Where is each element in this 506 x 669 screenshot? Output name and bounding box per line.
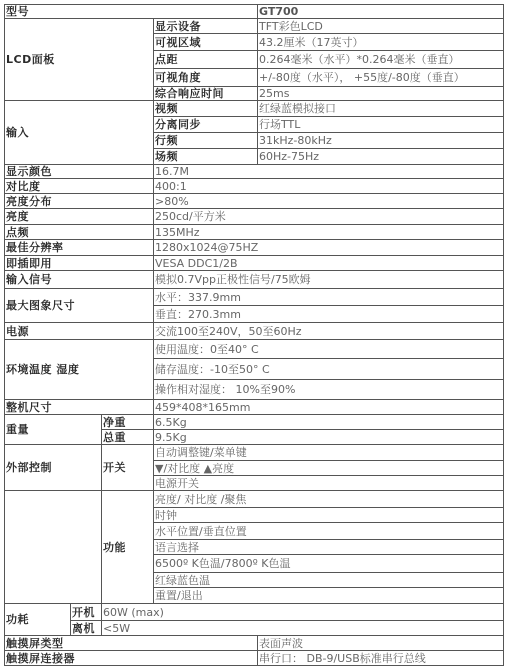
input-row: 输入 视频 红绿蓝模拟接口 (5, 101, 504, 117)
weight-item-label: 净重 (102, 415, 154, 430)
spec-label: 对比度 (5, 179, 154, 194)
dimensions-label: 整机尺寸 (5, 400, 154, 415)
spec-row: 显示颜色 16.7M (5, 165, 504, 179)
power-consumption-row: 离机 <5W (5, 621, 504, 636)
spec-label: 最佳分辨率 (5, 240, 154, 256)
power-source-label: 电源 (5, 323, 154, 340)
lcd-item-label: 综合响应时间 (154, 87, 258, 101)
weight-item-value: 6.5Kg (154, 415, 504, 430)
lcd-item-value: TFT彩色LCD (258, 19, 504, 34)
model-row: 型号 GT700 (5, 5, 504, 19)
power-mode-label: 离机 (71, 621, 102, 636)
spec-label: 亮度 (5, 209, 154, 225)
weight-label: 重量 (5, 415, 102, 445)
spec-label: 点频 (5, 225, 154, 240)
weight-row: 重量 净重 6.5Kg (5, 415, 504, 430)
spec-row: 最佳分辨率 1280x1024@75HZ (5, 240, 504, 256)
input-item-label: 分离同步 (154, 117, 258, 133)
switch-value: ▼/对比度 ▲亮度 (154, 461, 504, 476)
lcd-item-label: 可视角度 (154, 69, 258, 87)
spec-row: 对比度 400:1 (5, 179, 504, 194)
function-value: 红绿蓝色温 (154, 573, 504, 588)
function-row: 功能 亮度/ 对比度 /聚焦 (5, 491, 504, 508)
spec-label: 输入信号 (5, 271, 154, 289)
touch-type-label: 触摸屏类型 (5, 636, 258, 651)
function-value: 重置/退出 (154, 588, 504, 604)
external-control-label: 外部控制 (5, 445, 102, 491)
environment-value: 储存温度：-10至50° C (154, 359, 504, 380)
input-item-label: 场频 (154, 149, 258, 165)
switch-value: 电源开关 (154, 476, 504, 491)
spec-value: >80% (154, 194, 504, 209)
environment-row: 环境温度 湿度 使用温度：0至40° C (5, 340, 504, 359)
spec-value: 250cd/平方米 (154, 209, 504, 225)
input-item-value: 31kHz-80kHz (258, 133, 504, 149)
function-value: 语言选择 (154, 540, 504, 555)
power-mode-label: 开机 (71, 604, 102, 621)
model-label: 型号 (5, 5, 258, 19)
environment-value: 使用温度：0至40° C (154, 340, 504, 359)
spec-value: 16.7M (154, 165, 504, 179)
lcd-item-label: 可视区域 (154, 34, 258, 51)
function-label: 功能 (102, 491, 154, 604)
spec-label: 显示颜色 (5, 165, 154, 179)
spec-row: 输入信号 模拟0.7Vpp正极性信号/75欧姆 (5, 271, 504, 289)
max-image-value: 垂直：270.3mm (154, 306, 504, 323)
function-value: 时钟 (154, 508, 504, 523)
power-source-value: 交流100至240V，50至60Hz (154, 323, 504, 340)
spec-value: 1280x1024@75HZ (154, 240, 504, 256)
lcd-item-value: +/-80度（水平）， +55度/-80度（垂直） (258, 69, 504, 87)
power-mode-value: <5W (102, 621, 504, 636)
input-item-value: 60Hz-75Hz (258, 149, 504, 165)
power-mode-value: 60W (max) (102, 604, 504, 621)
max-image-row: 最大图象尺寸 水平：337.9mm (5, 289, 504, 306)
spec-label: 即插即用 (5, 256, 154, 271)
lcd-item-label: 显示设备 (154, 19, 258, 34)
model-value: GT700 (258, 5, 504, 19)
spec-row: 即插即用 VESA DDC1/2B (5, 256, 504, 271)
weight-item-value: 9.5Kg (154, 430, 504, 445)
max-image-value: 水平：337.9mm (154, 289, 504, 306)
touch-connector-label: 触摸屏连接器 (5, 651, 258, 666)
environment-value: 操作相对湿度： 10%至90% (154, 380, 504, 400)
touch-connector-value: 串行口： DB-9/USB标准串行总线 (258, 651, 504, 666)
spec-value: 模拟0.7Vpp正极性信号/75欧姆 (154, 271, 504, 289)
lcd-item-value: 0.264毫米（水平）*0.264毫米（垂直） (258, 51, 504, 69)
function-value: 水平位置/垂直位置 (154, 523, 504, 540)
spec-label: 亮度分布 (5, 194, 154, 209)
spec-row: 亮度 250cd/平方米 (5, 209, 504, 225)
touch-type-row: 触摸屏类型 表面声波 (5, 636, 504, 651)
spec-value: 135MHz (154, 225, 504, 240)
touch-connector-row: 触摸屏连接器 串行口： DB-9/USB标准串行总线 (5, 651, 504, 666)
input-item-label: 视频 (154, 101, 258, 117)
weight-item-label: 总重 (102, 430, 154, 445)
switch-value: 自动调整键/菜单键 (154, 445, 504, 461)
function-spacer (5, 491, 102, 604)
max-image-label: 最大图象尺寸 (5, 289, 154, 323)
lcd-item-value: 25ms (258, 87, 504, 101)
spec-row: 亮度分布 >80% (5, 194, 504, 209)
switch-label: 开关 (102, 445, 154, 491)
input-item-value: 红绿蓝模拟接口 (258, 101, 504, 117)
lcd-item-value: 43.2厘米（17英寸） (258, 34, 504, 51)
input-item-label: 行频 (154, 133, 258, 149)
dimensions-row: 整机尺寸 459*408*165mm (5, 400, 504, 415)
spec-value: 400:1 (154, 179, 504, 194)
spec-table: 型号 GT700 LCD面板 显示设备 TFT彩色LCD 可视区域 43.2厘米… (4, 4, 504, 666)
power-consumption-row: 功耗 开机 60W (max) (5, 604, 504, 621)
power-consumption-label: 功耗 (5, 604, 71, 636)
dimensions-value: 459*408*165mm (154, 400, 504, 415)
spec-row: 点频 135MHz (5, 225, 504, 240)
external-control-row: 外部控制 开关 自动调整键/菜单键 (5, 445, 504, 461)
power-source-row: 电源 交流100至240V，50至60Hz (5, 323, 504, 340)
lcd-row: LCD面板 显示设备 TFT彩色LCD (5, 19, 504, 34)
function-value: 6500º K色温/7800º K色温 (154, 555, 504, 573)
input-item-value: 行场TTL (258, 117, 504, 133)
lcd-item-label: 点距 (154, 51, 258, 69)
function-value: 亮度/ 对比度 /聚焦 (154, 491, 504, 508)
lcd-panel-label: LCD面板 (5, 19, 154, 101)
input-label: 输入 (5, 101, 154, 165)
spec-value: VESA DDC1/2B (154, 256, 504, 271)
touch-type-value: 表面声波 (258, 636, 504, 651)
environment-label: 环境温度 湿度 (5, 340, 154, 400)
